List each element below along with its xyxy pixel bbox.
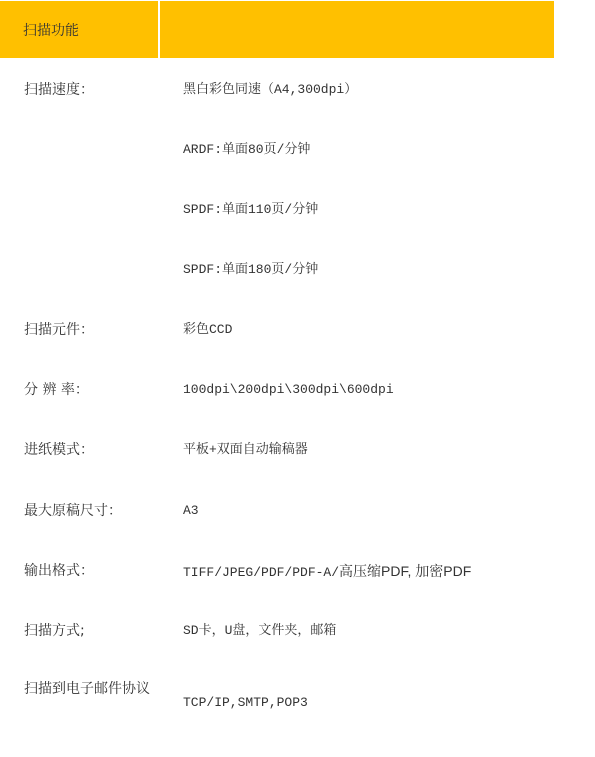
section-header: 扫描功能 (0, 1, 554, 58)
spec-value-mono-part: TIFF/JPEG/PDF/PDF-A/ (183, 565, 339, 580)
spec-label: 扫描速度： (24, 80, 94, 100)
spec-value: ARDF:单面80页/分钟 (183, 140, 310, 160)
section-header-empty-cell (160, 1, 554, 58)
spec-row-resolution: 分 辨 率： 100dpi\200dpi\300dpi\600dpi (0, 380, 554, 400)
spec-value: TCP/IP,SMTP,POP3 (183, 693, 308, 713)
spec-value: 彩色CCD (183, 320, 232, 340)
spec-row-scan-to-email-protocol: 扫描到电子邮件协议 TCP/IP,SMTP,POP3 (0, 676, 554, 730)
spec-row-output-format: 输出格式： TIFF/JPEG/PDF/PDF-A/高压缩PDF, 加密PDF (0, 561, 554, 581)
spec-value: 黑白彩色同速（A4,300dpi） (183, 80, 357, 100)
spec-row-scan-destination: 扫描方式; SD卡，U盘，文件夹，邮箱 (0, 621, 554, 641)
spec-value: SD卡，U盘，文件夹，邮箱 (183, 621, 336, 641)
spec-value: A3 (183, 501, 199, 521)
spec-value: TIFF/JPEG/PDF/PDF-A/高压缩PDF, 加密PDF (183, 561, 471, 583)
spec-row-max-original-size: 最大原稿尺寸： A3 (0, 501, 554, 521)
spec-row-spdf-speed-180: SPDF:单面180页/分钟 (0, 260, 554, 280)
spec-row-scan-element: 扫描元件： 彩色CCD (0, 320, 554, 340)
spec-row-spdf-speed-110: SPDF:单面110页/分钟 (0, 200, 554, 220)
section-title: 扫描功能 (23, 20, 79, 40)
spec-value: SPDF:单面110页/分钟 (183, 200, 318, 220)
spec-label: 最大原稿尺寸： (24, 501, 122, 521)
spec-row-scan-speed: 扫描速度： 黑白彩色同速（A4,300dpi） (0, 80, 554, 100)
spec-value: 100dpi\200dpi\300dpi\600dpi (183, 380, 394, 400)
spec-value: SPDF:单面180页/分钟 (183, 260, 318, 280)
spec-value: 平板+双面自动输稿器 (183, 440, 308, 460)
spec-label: 进纸模式： (24, 440, 94, 460)
spec-label: 分 辨 率： (24, 380, 89, 400)
spec-label: 扫描到电子邮件协议 (24, 676, 164, 703)
section-title-cell: 扫描功能 (0, 1, 158, 58)
spec-label: 输出格式： (24, 561, 94, 581)
spec-label: 扫描元件： (24, 320, 94, 340)
spec-value-sans-part: 高压缩PDF, 加密PDF (339, 563, 471, 579)
spec-row-feed-mode: 进纸模式： 平板+双面自动输稿器 (0, 440, 554, 460)
spec-row-ardf-speed: ARDF:单面80页/分钟 (0, 140, 554, 160)
spec-label: 扫描方式; (24, 621, 85, 641)
